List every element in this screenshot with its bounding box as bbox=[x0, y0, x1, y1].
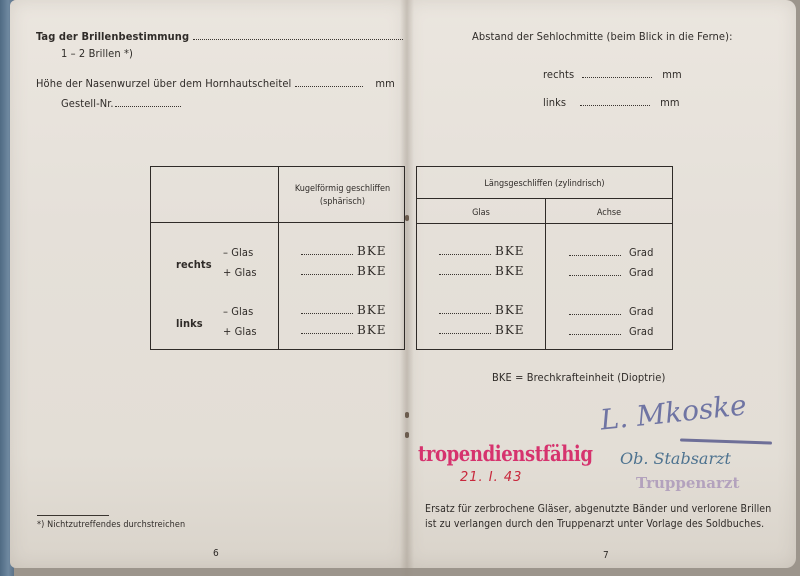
pupil-distance-left: linksmm bbox=[543, 96, 680, 109]
grad-unit: Grad bbox=[629, 325, 653, 338]
tropical-fitness-stamp: tropendienstfähig bbox=[418, 441, 593, 466]
date-field: Tag der Brillenbestimmung bbox=[36, 30, 407, 43]
pupil-left-label: links bbox=[543, 96, 566, 109]
bke-unit: BKE bbox=[495, 303, 525, 317]
axis-entry[interactable]: Grad bbox=[565, 266, 653, 279]
sph-entry[interactable]: BKE bbox=[297, 264, 387, 278]
staple bbox=[405, 432, 409, 438]
axis-entry[interactable]: Grad bbox=[565, 246, 653, 259]
nose-height-field: Höhe der Nasenwurzel über dem Hornhautsc… bbox=[36, 77, 395, 90]
bke-unit: BKE bbox=[495, 244, 525, 258]
col-header-axis: Achse bbox=[546, 208, 672, 218]
date-label: Tag der Brillenbestimmung bbox=[36, 30, 189, 43]
glasses-count: 1 – 2 Brillen *) bbox=[61, 47, 133, 60]
bke-unit: BKE bbox=[357, 323, 387, 337]
nose-height-unit: mm bbox=[375, 77, 394, 90]
frame-no-input-line[interactable] bbox=[115, 98, 181, 107]
bke-unit: BKE bbox=[357, 264, 387, 278]
table-divider bbox=[545, 199, 546, 349]
frame-no-label: Gestell-Nr. bbox=[61, 97, 114, 110]
nose-height-input-line[interactable] bbox=[295, 78, 363, 87]
frame-no-field: Gestell-Nr. bbox=[61, 97, 185, 110]
staple bbox=[405, 215, 409, 221]
glass-minus-links: – Glas bbox=[223, 305, 253, 318]
row-label-rechts: rechts bbox=[176, 258, 212, 271]
nose-height-label: Höhe der Nasenwurzel über dem Hornhautsc… bbox=[36, 77, 291, 90]
grad-unit: Grad bbox=[629, 305, 653, 318]
table-divider bbox=[278, 167, 279, 349]
cylindrical-header: Längsgeschliffen (zylindrisch) bbox=[417, 179, 672, 189]
pupil-distance-right: rechtsmm bbox=[543, 68, 682, 81]
spherical-header-line2: (sphärisch) bbox=[281, 197, 404, 207]
table-divider bbox=[151, 222, 404, 223]
spherical-header: Kugelförmig geschliffen (sphärisch) bbox=[281, 184, 404, 207]
glass-plus-rechts: + Glas bbox=[223, 266, 257, 279]
cyl-glass-entry[interactable]: BKE bbox=[435, 323, 525, 337]
glass-plus-links: + Glas bbox=[223, 325, 257, 338]
date-input-line[interactable] bbox=[193, 31, 403, 40]
stamp-date: 21. I. 43 bbox=[460, 470, 522, 485]
cyl-glass-entry[interactable]: BKE bbox=[435, 264, 525, 278]
sph-entry[interactable]: BKE bbox=[297, 244, 387, 258]
pupil-distance-label: Abstand der Sehlochmitte (beim Blick in … bbox=[472, 30, 733, 43]
bke-unit: BKE bbox=[357, 303, 387, 317]
page-number-7: 7 bbox=[603, 550, 609, 561]
glass-minus-rechts: – Glas bbox=[223, 246, 253, 259]
page-number-6: 6 bbox=[213, 548, 219, 559]
sph-entry[interactable]: BKE bbox=[297, 303, 387, 317]
spherical-lens-table: Kugelförmig geschliffen (sphärisch) rech… bbox=[150, 166, 405, 350]
col-header-glass: Glas bbox=[417, 208, 545, 218]
pupil-right-input-line[interactable] bbox=[582, 69, 652, 78]
cylindrical-lens-table: Längsgeschliffen (zylindrisch) Glas Achs… bbox=[416, 166, 673, 350]
footnote-rule bbox=[37, 515, 109, 516]
row-label-links: links bbox=[176, 317, 203, 330]
signature-rank: Ob. Stabsarzt bbox=[620, 449, 731, 468]
axis-entry[interactable]: Grad bbox=[565, 305, 653, 318]
pupil-right-unit: mm bbox=[662, 68, 681, 81]
pupil-left-input-line[interactable] bbox=[580, 97, 650, 106]
footnote: *) Nichtzutreffendes durchstreichen bbox=[37, 520, 185, 530]
axis-entry[interactable]: Grad bbox=[565, 325, 653, 338]
grad-unit: Grad bbox=[629, 266, 653, 279]
pupil-left-unit: mm bbox=[660, 96, 679, 109]
cyl-glass-entry[interactable]: BKE bbox=[435, 303, 525, 317]
cyl-glass-entry[interactable]: BKE bbox=[435, 244, 525, 258]
replacement-note-line1: Ersatz für zerbrochene Gläser, abgenutzt… bbox=[425, 503, 771, 515]
replacement-note-line2: ist zu verlangen durch den Truppenarzt u… bbox=[425, 518, 764, 530]
grad-unit: Grad bbox=[629, 246, 653, 259]
spherical-header-line1: Kugelförmig geschliffen bbox=[281, 184, 404, 194]
bke-unit: BKE bbox=[495, 264, 525, 278]
bke-legend: BKE = Brechkrafteinheit (Dioptrie) bbox=[492, 371, 665, 384]
troop-doctor-stamp: Truppenarzt bbox=[636, 474, 739, 492]
pupil-right-label: rechts bbox=[543, 68, 574, 81]
staple bbox=[405, 412, 409, 418]
bke-unit: BKE bbox=[357, 244, 387, 258]
sph-entry[interactable]: BKE bbox=[297, 323, 387, 337]
bke-unit: BKE bbox=[495, 323, 525, 337]
